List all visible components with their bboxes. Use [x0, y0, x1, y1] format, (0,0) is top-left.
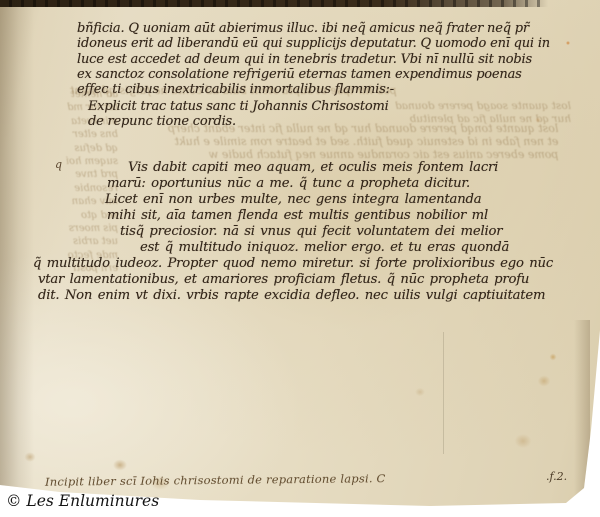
manuscript-photo: pob hir ipse et supta stent buia ad cont…	[0, 0, 600, 517]
manuscript-text-line: mihi sit, aīa tamen flenda est multis ge…	[107, 208, 553, 224]
folio-number: .f.2.	[546, 470, 567, 483]
bleedthrough-line: et nen fabe in id estenuic qued fuith. s…	[168, 135, 558, 148]
manuscript-text-line: dit. Non enim vt dixi. vrbis rapte excid…	[38, 288, 553, 304]
manuscript-text-line: est q̃ multitudo iniquoz. melior ergo. e…	[140, 240, 553, 256]
manuscript-text-line: bñficia. Q uoniam aūt abierimus illuc. i…	[77, 21, 550, 36]
top-page-edge	[0, 0, 548, 7]
ruling-line	[443, 332, 444, 454]
manuscript-text-line: effec ti cibus inextricabilis inmortalib…	[77, 82, 550, 97]
manuscript-text-line: luce est accedet ad deum qui in tenebris…	[77, 52, 550, 67]
manuscript-text-line: ex sanctoz consolatione refrigeriū etern…	[77, 67, 550, 82]
page-edge-shadow	[574, 320, 590, 500]
parchment-leaf: pob hir ipse et supta stent buia ad cont…	[0, 0, 600, 517]
manuscript-text-line: de repunc tione cordis.	[88, 115, 389, 130]
manuscript-text-line: Licet enī non urbes multe, nec gens inte…	[105, 192, 553, 208]
bleedthrough-line: bns elter	[2, 128, 118, 141]
manuscript-text-line: q̃ multitudo iudeoz. Propter quod nemo m…	[33, 256, 553, 272]
bleedthrough-line: lost quante soagd perere dounad	[395, 100, 571, 113]
bleedthrough-line: qd defus	[2, 142, 118, 155]
manuscript-text-line: Explicit trac tatus sanc ti Johannis Chr…	[88, 100, 389, 115]
manuscript-text-line: marū: oportunius nūc a me. q̃ tunc a pro…	[107, 176, 553, 192]
top-text-block: bñficia. Q uoniam aūt abierimus illuc. i…	[77, 21, 550, 97]
copyright-caption: © Les Enluminures	[6, 492, 159, 510]
manuscript-text-line: idoneus erit ad liberandū eū qui supplic…	[77, 36, 550, 51]
main-text-block: Vis dabit capiti meo aquam, et oculis me…	[33, 160, 553, 304]
manuscript-text-line: Vis dabit capiti meo aquam, et oculis me…	[128, 160, 553, 176]
explicit-colophon: Explicit trac tatus sanc ti Johannis Chr…	[88, 100, 389, 129]
manuscript-text-line: vtar lamentationibus, et amariores profi…	[38, 272, 553, 288]
manuscript-text-line: tisq̃ preciosior. nā si vnus qui fecit v…	[120, 224, 553, 240]
